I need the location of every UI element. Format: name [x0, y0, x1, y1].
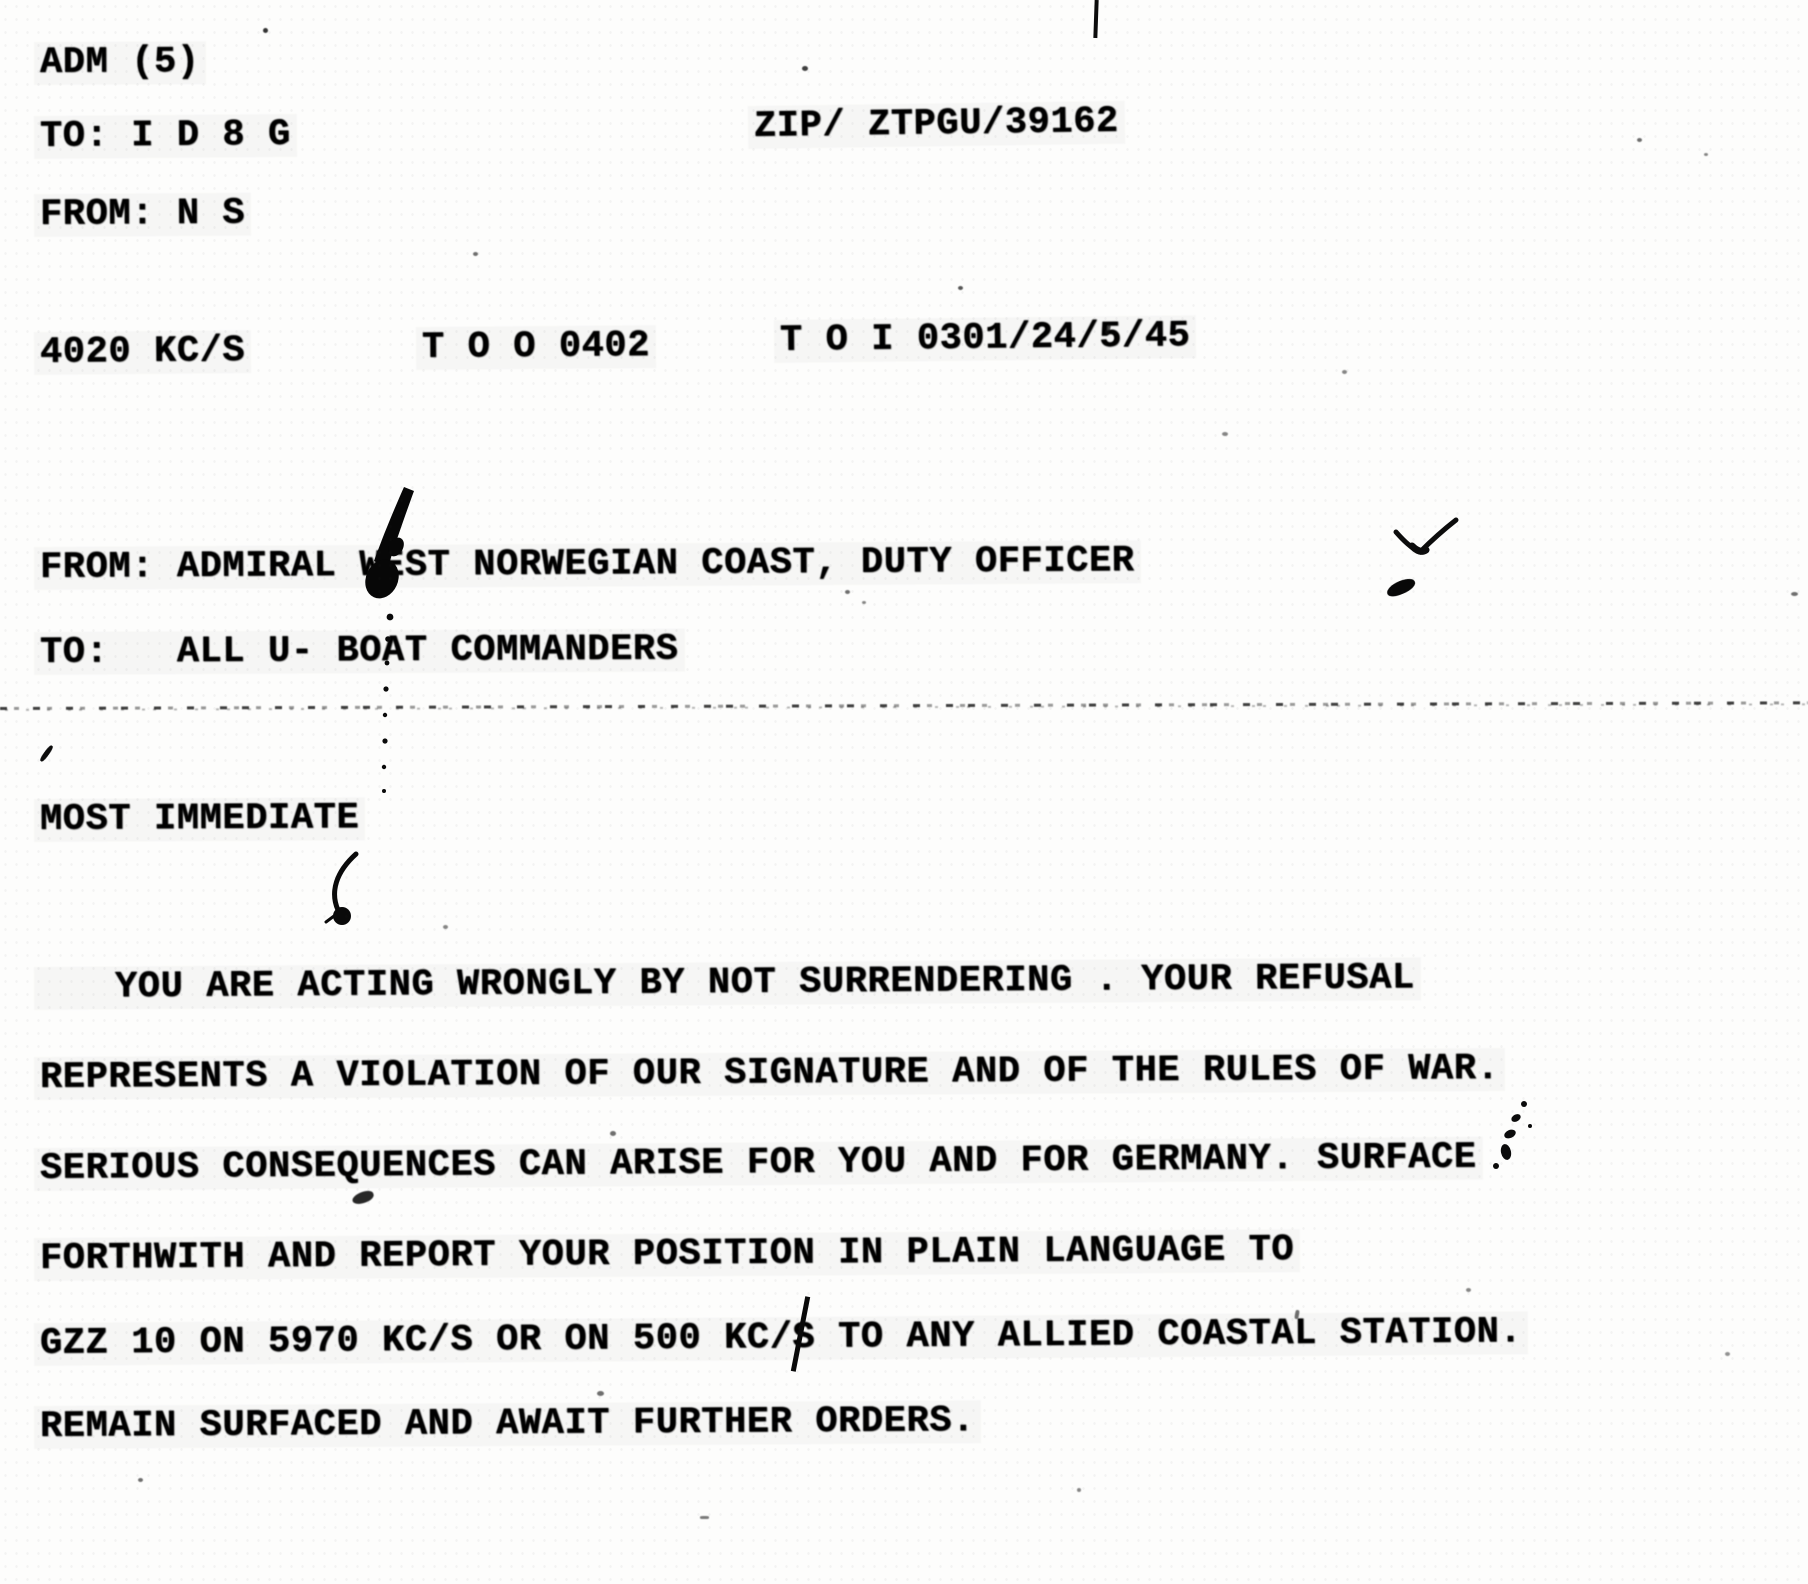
ink-blotch	[351, 1189, 375, 1206]
ink-smudge	[1486, 1096, 1542, 1176]
ink-speck	[263, 28, 268, 33]
ink-speck	[610, 1131, 616, 1136]
stray-checkmark	[1390, 512, 1466, 568]
ink-speck	[862, 601, 866, 604]
routing-time-of-intercept: T O I 0301/24/5/45	[774, 315, 1197, 363]
ink-speck	[597, 1391, 604, 1396]
ink-speck	[845, 590, 850, 594]
ink-blob	[1385, 576, 1418, 599]
ink-speck	[958, 286, 963, 290]
telegram-scan-page: ADM (5) TO: I D 8 G ZIP/ ZTPGU/39162 FRO…	[0, 0, 1808, 1584]
body-line: REPRESENTS A VIOLATION OF OUR SIGNATURE …	[34, 1048, 1506, 1100]
fold-rule-line	[0, 698, 1808, 713]
priority-label: MOST IMMEDIATE	[34, 797, 365, 842]
message-from-line: FROM: ADMIRAL WEST NORWEGIAN COAST, DUTY…	[34, 540, 1141, 590]
ink-speck	[1725, 1352, 1730, 1356]
ink-speck	[1466, 1288, 1471, 1292]
ink-speck	[1077, 1488, 1081, 1492]
pen-tick	[39, 744, 54, 762]
routing-from: FROM: N S	[34, 193, 251, 237]
body-line: REMAIN SURFACED AND AWAIT FURTHER ORDERS…	[34, 1400, 981, 1449]
body-line: FORTHWITH AND REPORT YOUR POSITION IN PL…	[34, 1229, 1300, 1281]
routing-frequency: 4020 KC/S	[34, 330, 252, 375]
body-line: YOU ARE ACTING WRONGLY BY NOT SURRENDERI…	[34, 957, 1421, 1010]
routing-zip-reference: ZIP/ ZTPGU/39162	[748, 101, 1125, 149]
ink-speck	[1222, 432, 1228, 436]
ink-speck	[1704, 153, 1708, 156]
routing-time-of-origin: T O O 0402	[416, 325, 656, 370]
ink-speck	[443, 925, 448, 929]
vertical-stray-line	[1093, 0, 1098, 38]
ink-speck	[700, 1516, 709, 1519]
body-line: GZZ 10 ON 5970 KC/S OR ON 500 KC/S TO AN…	[34, 1311, 1529, 1366]
ink-speck	[1637, 138, 1642, 142]
routing-adm: ADM (5)	[34, 41, 206, 85]
body-line: SERIOUS CONSEQUENCES CAN ARISE FOR YOU A…	[34, 1137, 1483, 1191]
ink-speck	[473, 252, 478, 256]
ink-speck	[1791, 592, 1798, 596]
ink-squiggle	[320, 850, 366, 934]
routing-to: TO: I D 8 G	[34, 114, 297, 159]
ink-speck	[1342, 370, 1347, 374]
message-to-line: TO: ALL U- BOAT COMMANDERS	[34, 629, 685, 675]
ink-speck	[802, 66, 808, 71]
ink-speck	[138, 1478, 143, 1482]
